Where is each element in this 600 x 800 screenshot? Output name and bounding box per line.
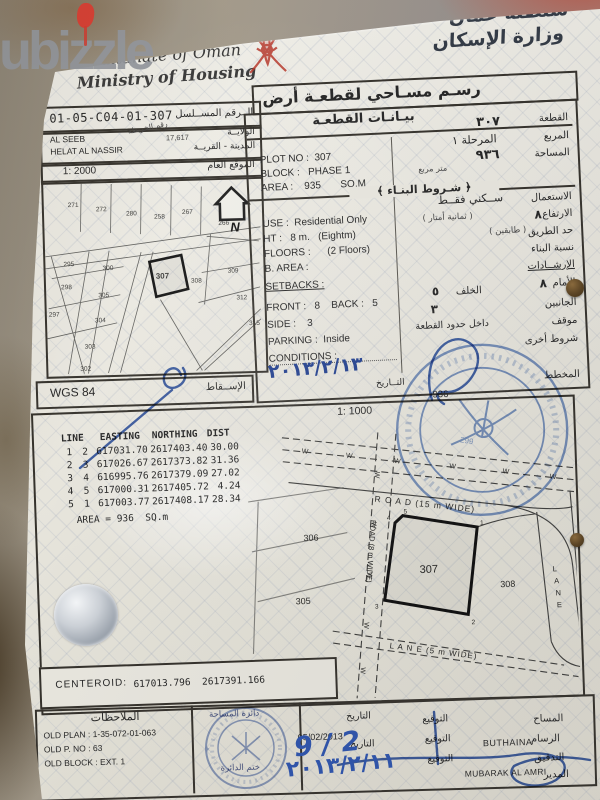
pebble [570, 533, 584, 547]
photo-of-survey-document: Sultanate of Oman Ministry of Housing سل… [0, 0, 600, 800]
dubizzle-drip [84, 26, 87, 46]
dubizzle-watermark: dubizzle [0, 20, 151, 82]
pebble [566, 279, 584, 297]
document-paper: Sultanate of Oman Ministry of Housing سل… [0, 0, 600, 800]
pen-marks [0, 0, 600, 800]
